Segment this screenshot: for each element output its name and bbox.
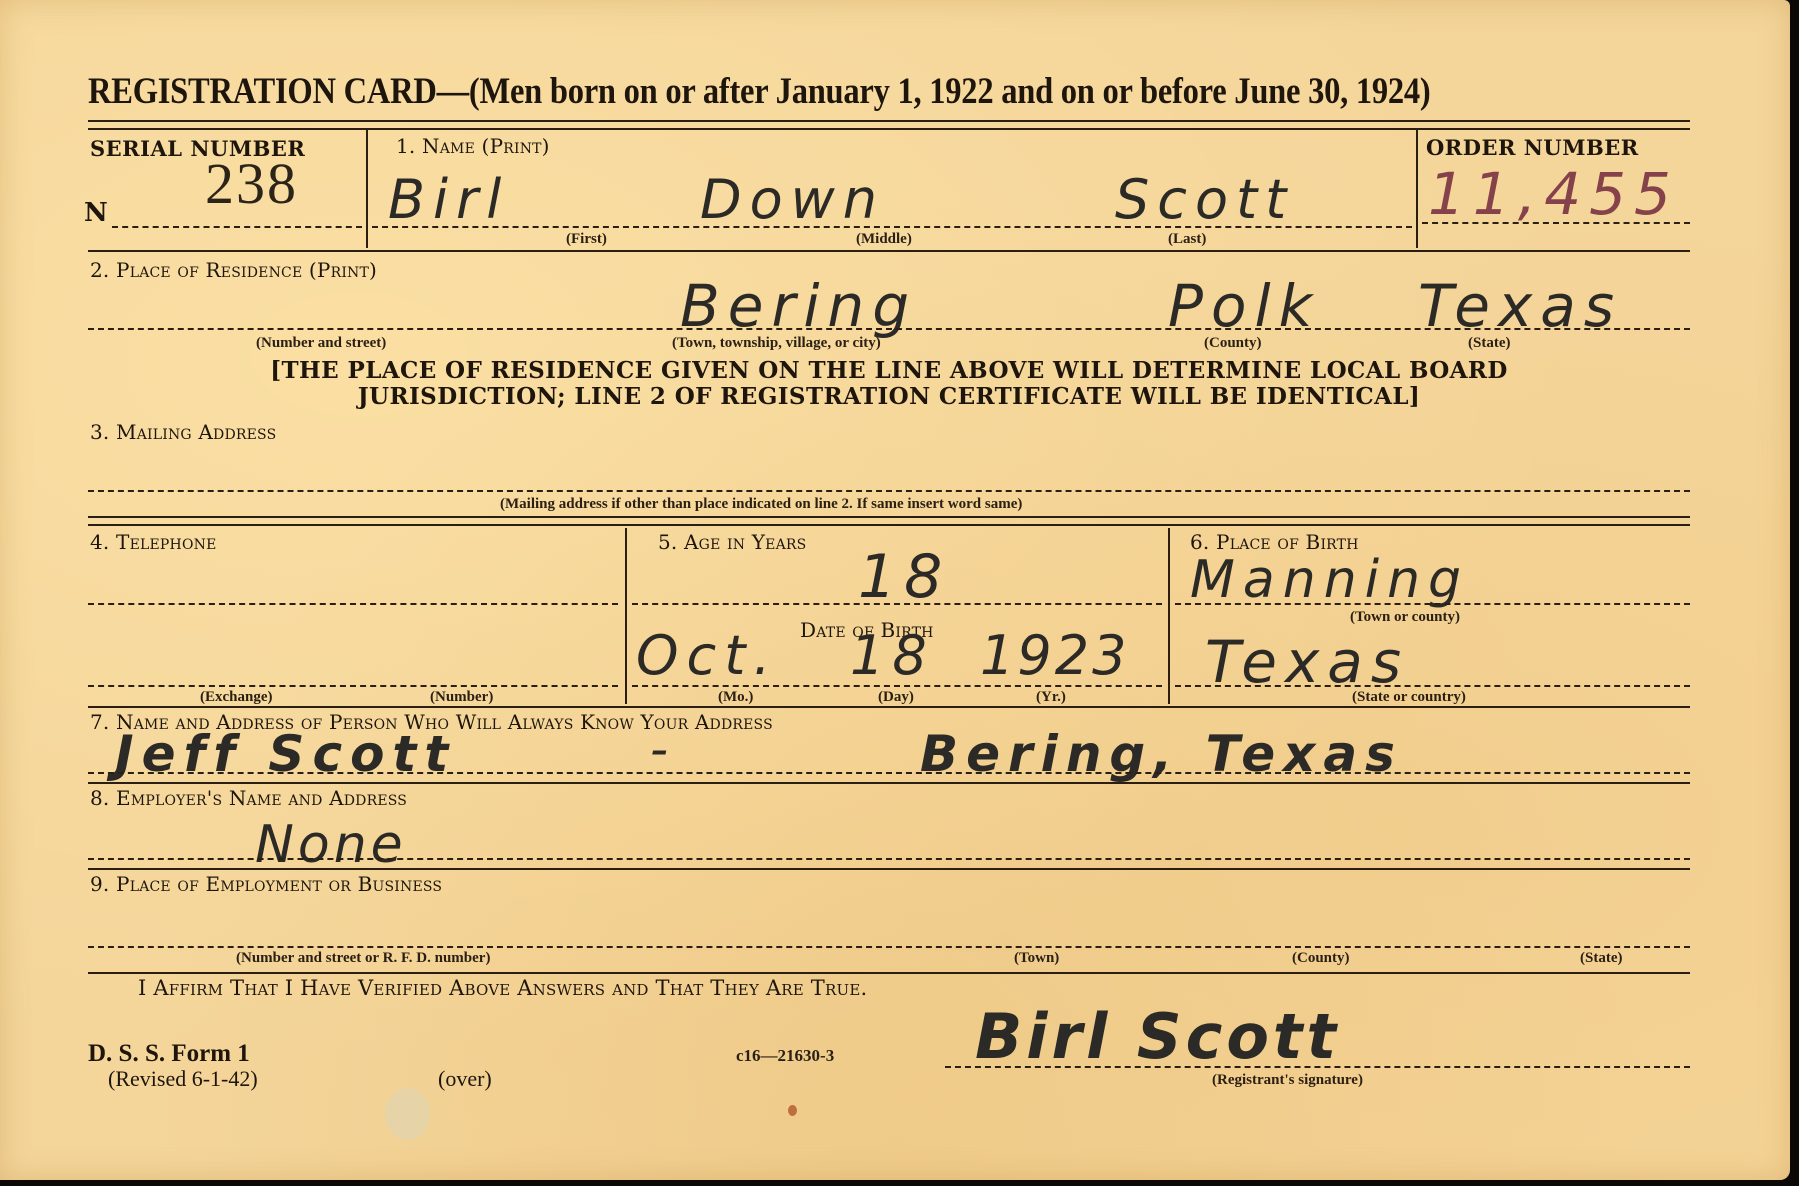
row-rule [88,972,1690,974]
dob-year-value[interactable]: 1923 [980,624,1129,687]
employment-state-caption: (State) [1580,950,1622,967]
signature-caption: (Registrant's signature) [1212,1072,1363,1089]
row-rule [88,524,1690,526]
row-rule [88,706,1690,708]
paper-stain [385,1088,430,1140]
birthplace-town-line [1175,603,1690,605]
divider [1416,130,1418,248]
divider [1168,528,1170,704]
employment-town-caption: (Town) [1014,950,1059,967]
dob-month-value[interactable]: Oct. [636,624,779,687]
age-label: 5. Age in Years [658,530,806,554]
contact-name-value[interactable]: Jeff Scott [115,725,456,783]
birthplace-state-line [1175,685,1690,687]
residence-line [88,328,1690,330]
name-last-caption: (Last) [1168,231,1206,248]
signature-line [945,1066,1690,1068]
name-line [372,226,1412,228]
paper-spot [788,1105,797,1116]
row-rule [88,782,1690,784]
divider [366,130,368,248]
signature-value[interactable]: Birl Scott [975,1000,1340,1073]
name-first-value[interactable]: Birl [388,168,509,231]
dob-day-value[interactable]: 18 [850,624,935,687]
telephone-line [88,685,618,687]
telephone-exchange-caption: (Exchange) [200,689,273,706]
order-line [1422,222,1690,224]
employment-county-caption: (County) [1292,950,1350,967]
serial-line [112,226,362,228]
form-revision: (Revised 6-1-42) [108,1066,258,1092]
dob-line [632,685,1162,687]
mailing-caption: (Mailing address if other than place ind… [500,496,1022,513]
employer-value[interactable]: None [255,815,407,875]
telephone-number-caption: (Number) [430,689,493,706]
serial-number-value[interactable]: 238 [205,150,298,217]
age-value[interactable]: 18 [858,542,950,612]
over-note: (over) [438,1066,492,1092]
dob-day-caption: (Day) [878,689,914,706]
contact-line [88,772,1690,774]
birthplace-town-value[interactable]: Manning [1190,550,1469,610]
name-first-caption: (First) [566,231,607,248]
residence-county-caption: (County) [1204,335,1262,352]
form-number: D. S. S. Form 1 [88,1040,250,1068]
serial-prefix: N [84,198,108,228]
residence-town-caption: (Town, township, village, or city) [672,335,881,352]
residence-notice: [THE PLACE OF RESIDENCE GIVEN ON THE LIN… [88,358,1690,410]
name-middle-caption: (Middle) [856,231,912,248]
employer-line [88,858,1690,860]
residence-state-caption: (State) [1468,335,1510,352]
dob-month-caption: (Mo.) [718,689,753,706]
residence-notice-line-1: [THE PLACE OF RESIDENCE GIVEN ON THE LIN… [88,358,1690,384]
mailing-label: 3. Mailing Address [90,420,276,444]
title-rule-bottom [88,128,1690,130]
name-label: 1. Name (Print) [396,134,550,158]
name-last-value[interactable]: Scott [1115,168,1294,231]
residence-label: 2. Place of Residence (Print) [90,258,377,282]
birthplace-state-caption: (State or country) [1352,689,1466,706]
employment-label: 9. Place of Employment or Business [90,872,442,896]
affirmation-text: I Affirm That I Have Verified Above Answ… [138,976,867,1000]
divider [625,528,627,704]
dob-year-caption: (Yr.) [1036,689,1066,706]
row-rule [88,868,1690,870]
card-title: REGISTRATION CARD—(Men born on or after … [88,70,1431,113]
title-rule-top [88,120,1690,122]
employment-line [88,946,1690,948]
contact-address-value[interactable]: Bering, Texas [920,725,1403,783]
residence-notice-line-2: JURISDICTION; LINE 2 OF REGISTRATION CER… [88,384,1690,410]
row-rule [88,516,1690,518]
order-number-value[interactable]: 11,455 [1428,160,1679,228]
employer-label: 8. Employer's Name and Address [90,786,407,810]
order-number-label: ORDER NUMBER [1426,135,1639,160]
name-middle-value[interactable]: Down [700,168,885,231]
contact-separator: - [650,720,676,778]
row-rule [88,250,1690,252]
telephone-line [88,603,618,605]
print-code: c16—21630-3 [736,1046,834,1066]
birthplace-town-caption: (Town or county) [1350,609,1460,626]
age-line [632,603,1162,605]
employment-street-caption: (Number and street or R. F. D. number) [236,950,490,967]
residence-street-caption: (Number and street) [256,335,386,352]
birthplace-town-caption-text: (Town or county) [1350,609,1460,625]
registration-card: REGISTRATION CARD—(Men born on or after … [0,0,1790,1180]
mailing-line [88,490,1690,492]
telephone-label: 4. Telephone [90,530,217,554]
